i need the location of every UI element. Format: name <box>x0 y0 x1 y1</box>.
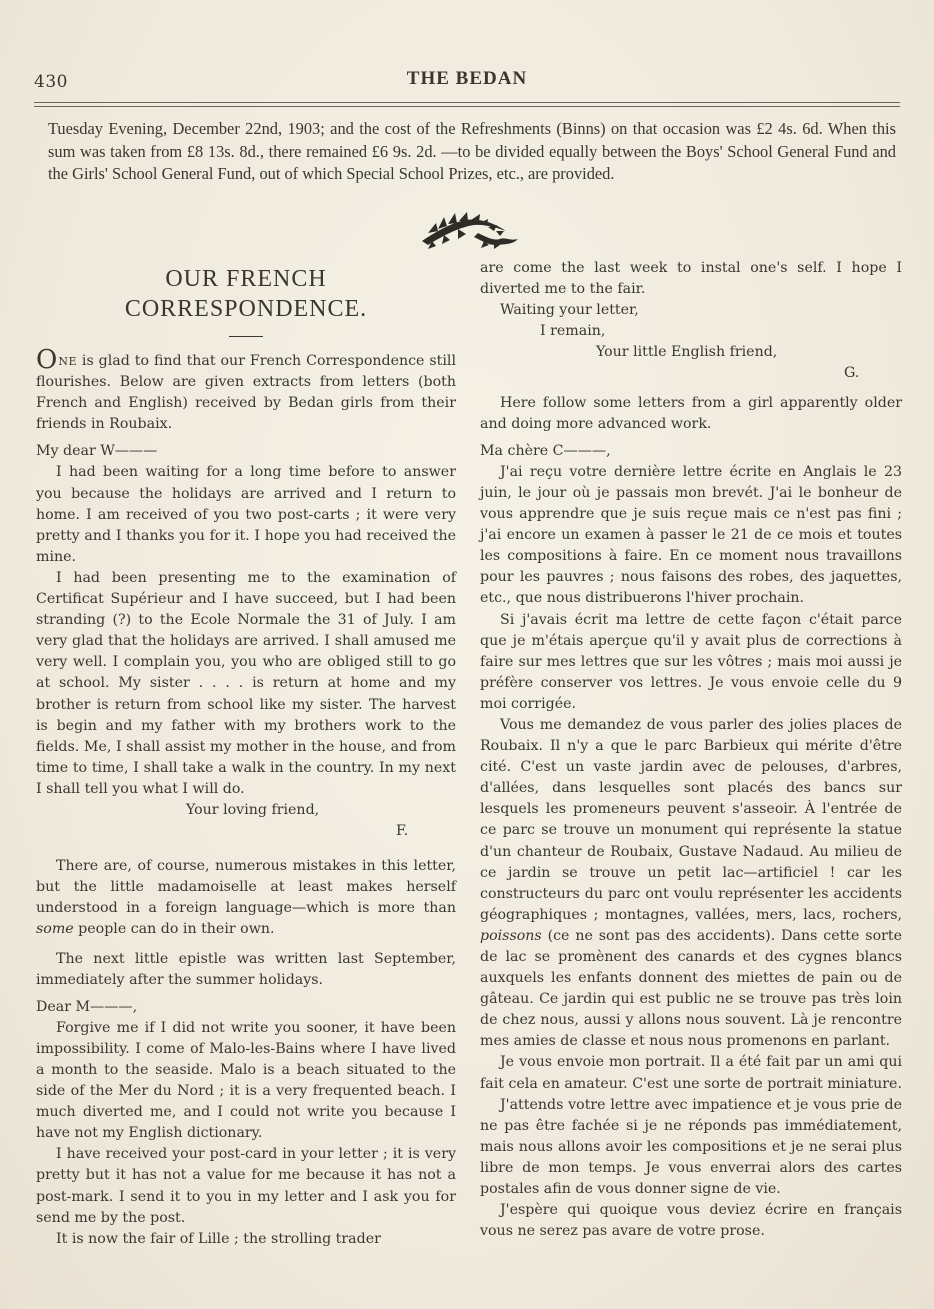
letter2-paragraph-start: It is now the fair of Lille ; the stroll… <box>36 1229 456 1251</box>
comment1-text-end: people can do in their own. <box>74 921 275 937</box>
letter3-p3-text: Vous me demandez de vous parler des joli… <box>480 717 902 923</box>
letter3-paragraph: Je vous envoie mon portrait. Il a été fa… <box>480 1052 902 1094</box>
letter1-paragraph: I had been waiting for a long time befor… <box>36 462 456 567</box>
opening-smallcaps: NE <box>58 355 77 368</box>
article-title: OUR FRENCH CORRESPONDENCE. <box>36 264 456 324</box>
letter1-salutation: My dear W——— <box>36 441 456 462</box>
editor-comment-2: The next little epistle was written last… <box>36 949 456 991</box>
letter2-closing-1: Waiting your letter, <box>480 300 902 321</box>
letter3-paragraph: Vous me demandez de vous parler des joli… <box>480 715 902 1053</box>
leaf-fleuron-icon <box>414 211 524 251</box>
letter3-paragraph: J'attends votre lettre avec impatience e… <box>480 1095 902 1200</box>
comment1-emphasis: some <box>36 921 74 937</box>
right-column: are come the last week to instal one's s… <box>480 258 902 1242</box>
opening-text: is glad to find that our French Correspo… <box>36 353 456 432</box>
letter2-closing-2: I remain, <box>480 321 902 342</box>
letter2-paragraph: I have received your post-card in your l… <box>36 1144 456 1228</box>
printed-page: 430 THE BEDAN Tuesday Evening, December … <box>0 0 934 1309</box>
article-title-line1: OUR FRENCH <box>36 264 456 294</box>
letter2-salutation: Dear M———, <box>36 997 456 1018</box>
letter3-paragraph: J'ai reçu votre dernière lettre écrite e… <box>480 462 902 610</box>
letter2-paragraph: Forgive me if I did not write you sooner… <box>36 1018 456 1145</box>
header-rule-top <box>34 102 900 103</box>
editor-comment-3: Here follow some letters from a girl app… <box>480 393 902 435</box>
running-head: 430 THE BEDAN <box>34 64 900 94</box>
letter3-salutation: Ma chère C———, <box>480 441 902 462</box>
letter1-paragraph: I had been presenting me to the examinat… <box>36 568 456 800</box>
article-title-line2: CORRESPONDENCE. <box>36 294 456 324</box>
letter2-closing-3: Your little English friend, <box>480 342 902 363</box>
title-divider <box>229 336 263 337</box>
letter3-paragraph: Si j'avais écrit ma lettre de cette faço… <box>480 610 902 715</box>
journal-title: THE BEDAN <box>34 68 900 90</box>
editor-comment-1: There are, of course, numerous mistakes … <box>36 856 456 940</box>
letter3-p3-text-end: (ce ne sont pas des accidents). Dans cet… <box>480 928 902 1049</box>
header-rule-bottom <box>34 106 900 107</box>
letter3-paragraph: J'espère qui quoique vous deviez écrire … <box>480 1200 902 1242</box>
opening-paragraph: ONE is glad to find that our French Corr… <box>36 351 456 435</box>
letter2-signature: G. <box>480 363 902 384</box>
left-column: OUR FRENCH CORRESPONDENCE. ONE is glad t… <box>36 258 456 1251</box>
drop-cap: O <box>36 345 57 375</box>
comment1-text: There are, of course, numerous mistakes … <box>36 858 456 916</box>
letter1-closing: Your loving friend, <box>36 800 456 821</box>
letter3-p3-emphasis: poissons <box>480 928 542 944</box>
letter2-paragraph-continued: are come the last week to instal one's s… <box>480 258 902 300</box>
letter1-signature: F. <box>36 821 456 842</box>
intro-paragraph: Tuesday Evening, December 22nd, 1903; an… <box>48 118 896 186</box>
